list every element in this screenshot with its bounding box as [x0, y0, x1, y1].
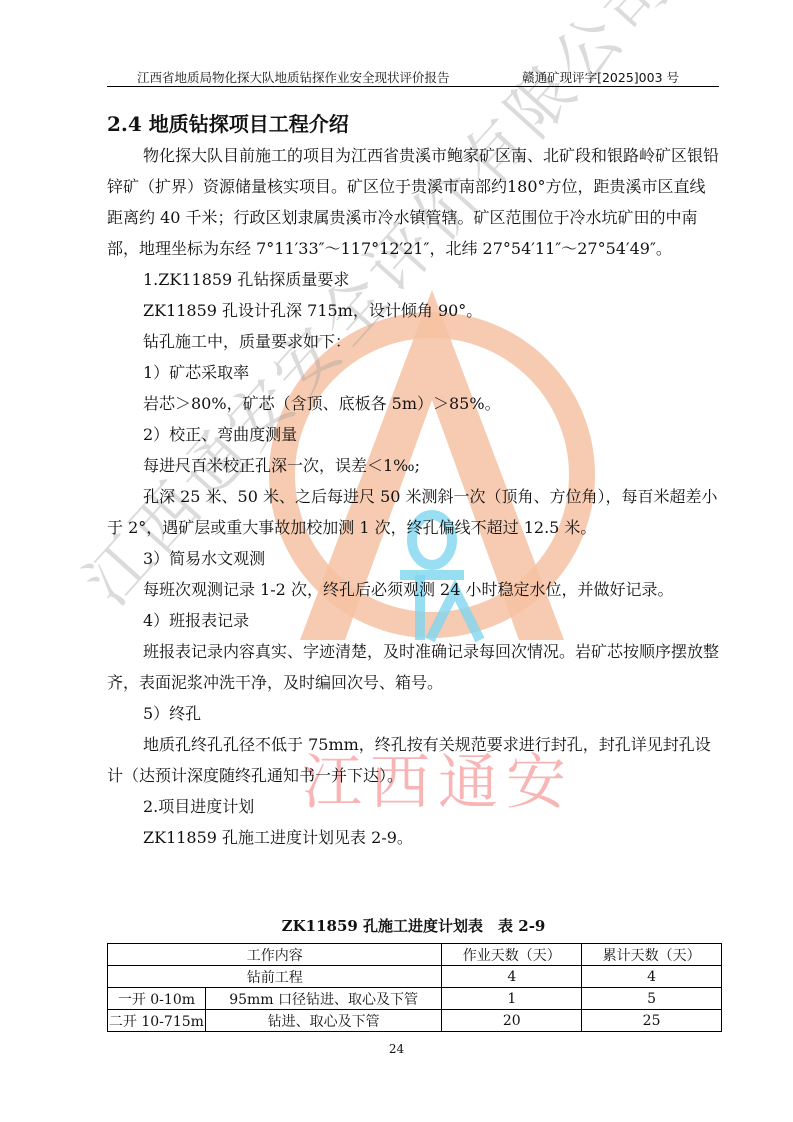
- paragraph-design-depth: ZK11859 孔设计孔深 715m，设计倾角 90°。: [107, 295, 720, 326]
- cell-days: 1: [442, 988, 582, 1010]
- paragraph-depth-correction: 每进尺百米校正孔深一次，误差＜1‰;: [107, 450, 720, 481]
- subheading-schedule: 2.项目进度计划: [107, 791, 720, 822]
- header-cumulative-days: 累计天数（天）: [582, 944, 722, 966]
- page-number: 24: [0, 1042, 793, 1056]
- table-caption: ZK11859 孔施工进度计划表 表 2-9: [107, 915, 720, 936]
- cell-content: 钻进、取心及下管: [205, 1010, 442, 1032]
- paragraph-shift-report: 班报表记录内容真实、字迹清楚，及时准确记录每回次情况。岩矿芯按顺序摆放整齐，表面…: [107, 636, 720, 698]
- cell-stage: 一开 0-10m: [108, 988, 206, 1010]
- section-body: 2.4 地质钻探项目工程介绍 物化探大队目前施工的项目为江西省贵溪市鲍家矿区南、…: [107, 108, 720, 853]
- table-row: 钻前工程 4 4: [108, 966, 722, 988]
- cell-stage: 二开 10-715m: [108, 1010, 206, 1032]
- cell-cumulative: 4: [582, 966, 722, 988]
- cell-cumulative: 25: [582, 1010, 722, 1032]
- paragraph-quality-intro: 钻孔施工中，质量要求如下：: [107, 326, 720, 357]
- report-title: 江西省地质局物化探大队地质钻探作业安全现状评价报告: [137, 68, 450, 86]
- item-core-recovery: 1）矿芯采取率: [107, 357, 720, 388]
- item-shift-report: 4）班报表记录: [107, 605, 720, 636]
- paragraph-final-hole: 地质孔终孔孔径不低于 75mm，终孔按有关规范要求进行封孔，封孔详见封孔设计（达…: [107, 729, 720, 791]
- cell-content: 钻前工程: [108, 966, 442, 988]
- header-work-content: 工作内容: [108, 944, 442, 966]
- item-final-hole: 5）终孔: [107, 698, 720, 729]
- table-header-row: 工作内容 作业天数（天） 累计天数（天）: [108, 944, 722, 966]
- paragraph-location: 物化探大队目前施工的项目为江西省贵溪市鲍家矿区南、北矿段和银路岭矿区银铅锌矿（扩…: [107, 140, 720, 264]
- header-work-days: 作业天数（天）: [442, 944, 582, 966]
- subheading-quality-requirements: 1.ZK11859 孔钻探质量要求: [107, 264, 720, 295]
- cell-days: 20: [442, 1010, 582, 1032]
- table-row: 二开 10-715m 钻进、取心及下管 20 25: [108, 1010, 722, 1032]
- cell-content: 95mm 口径钻进、取心及下管: [205, 988, 442, 1010]
- paragraph-schedule-ref: ZK11859 孔施工进度计划见表 2-9。: [107, 822, 720, 853]
- cell-days: 4: [442, 966, 582, 988]
- paragraph-hydrology: 每班次观测记录 1-2 次，终孔后必须观测 24 小时稳定水位，并做好记录。: [107, 574, 720, 605]
- table-row: 一开 0-10m 95mm 口径钻进、取心及下管 1 5: [108, 988, 722, 1010]
- schedule-table: 工作内容 作业天数（天） 累计天数（天） 钻前工程 4 4 一开 0-10m 9…: [107, 943, 722, 1032]
- page-header: 江西省地质局物化探大队地质钻探作业安全现状评价报告 赣通矿现评字[2025]00…: [107, 68, 719, 87]
- paragraph-inclination-survey: 孔深 25 米、50 米、之后每进尺 50 米测斜一次（顶角、方位角），每百米超…: [107, 481, 720, 543]
- section-title: 2.4 地质钻探项目工程介绍: [107, 108, 720, 140]
- item-deviation-measurement: 2）校正、弯曲度测量: [107, 419, 720, 450]
- document-number: 赣通矿现评字[2025]003 号: [522, 68, 679, 86]
- paragraph-core-recovery: 岩芯＞80%，矿芯（含顶、底板各 5m）＞85%。: [107, 388, 720, 419]
- cell-cumulative: 5: [582, 988, 722, 1010]
- item-hydrology: 3）简易水文观测: [107, 543, 720, 574]
